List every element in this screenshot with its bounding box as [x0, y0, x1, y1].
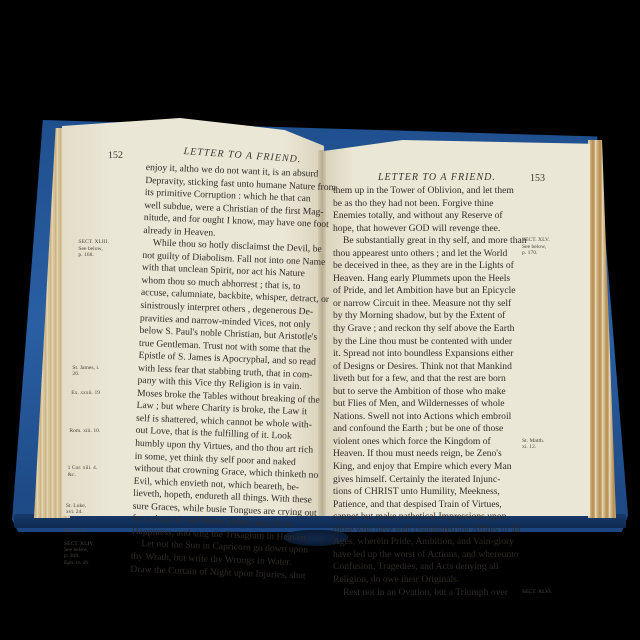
text-line: of Pride, and let Ambition have but an E…: [333, 285, 519, 298]
cover-bottom-edge: [14, 514, 626, 528]
text-line: Heaven. Hang early Plummets upon the Hee…: [333, 273, 519, 286]
text-line: Rest not in an Ovation, but a Triumph ov…: [333, 587, 519, 600]
text-line: by the Line thou must be contented with …: [333, 336, 519, 349]
margin-note: SECT. XLIII. See below, p. 168.: [78, 239, 109, 258]
text-line: by thy Morning shadow, but by the Extent…: [333, 310, 519, 323]
left-page-body: enjoy it, altho we do not want it, is an…: [130, 162, 332, 583]
text-line: tions of CHRIST unto Humility, Meekness,: [333, 486, 519, 499]
margin-note: 1 Cor. xiii. 4. &c.: [68, 465, 98, 478]
text-line: thy Grave ; and reckon thy self above th…: [333, 323, 519, 336]
text-line: violent ones which force the Kingdom of: [333, 436, 519, 449]
text-line: be deceived in thee, as they are in the …: [333, 260, 519, 273]
text-line: Be substantially great in thy self, and …: [333, 235, 519, 248]
text-line: it. Spread not into boundless Expansions…: [333, 348, 519, 361]
text-line: Heaven. If thou must needs reign, be Zen…: [333, 448, 519, 461]
margin-note: St. James, i. 26.: [72, 365, 99, 378]
margin-note: SECT. XLV. See below, p. 170.: [522, 237, 550, 256]
margin-note: St. Luke, xvi. 24.: [66, 503, 86, 516]
text-line: but Flies of Men, and Wildernesses of wh…: [333, 398, 519, 411]
margin-note: Rev. iv. 8.: [65, 528, 87, 534]
text-line: liveth but for a few, and that the rest …: [333, 373, 519, 386]
text-line: be as tho they had not been. Forgive thi…: [333, 198, 519, 211]
text-line: Confusion, Tragedies, and Acts denying a…: [333, 561, 519, 574]
margin-note: SECT. XLIV. See below, p. 168. Eph. iv. …: [64, 541, 94, 567]
text-line: those who have well considered the Affai…: [333, 524, 519, 537]
text-line: thou appearest unto others ; and let the…: [333, 248, 519, 261]
text-line: or narrow Circuit in thee. Measure not t…: [333, 298, 519, 311]
margin-note: SECT. XLVI.: [522, 589, 552, 595]
text-line: Religion, do owe their Originals.: [333, 574, 519, 587]
text-line: Ages, wherein Pride, Ambition, and Vain-…: [333, 536, 519, 549]
margin-note: St. Matth. xi. 12.: [522, 438, 544, 451]
margin-note: Ex. xxxii. 19: [71, 390, 100, 396]
text-line: have led up the worst of Actions, and wh…: [333, 549, 519, 562]
text-line: and confound the Earth ; but be one of t…: [333, 423, 519, 436]
text-line: hope, that however GOD will revenge thee…: [333, 223, 519, 236]
text-line: Nations. Swell not into Actions which em…: [333, 411, 519, 424]
right-running-head: LETTER TO A FRIEND.: [378, 172, 496, 183]
text-line: Patience, and that despised Train of Vir…: [333, 499, 519, 512]
left-page-number: 152: [108, 150, 123, 161]
margin-note: Rom. xiii. 10.: [69, 428, 100, 434]
text-line: gives himself. Certainly the iterated In…: [333, 474, 519, 487]
right-page-body: them up in the Tower of Oblivion, and le…: [333, 185, 519, 599]
text-line: them up in the Tower of Oblivion, and le…: [333, 185, 519, 198]
right-page-number: 153: [530, 173, 545, 184]
text-line: Enemies totally, and without any Reserve…: [333, 210, 519, 223]
photo-scene: 152 LETTER TO A FRIEND. enjoy it, altho …: [0, 0, 640, 640]
text-line: but to serve the Ambition of those who m…: [333, 386, 519, 399]
text-line: of Designs or Desires. Think not that Ma…: [333, 361, 519, 374]
text-line: King, and enjoy that Empire which every …: [333, 461, 519, 474]
text-line: cannot but make pathetical Impressions u…: [333, 511, 519, 524]
